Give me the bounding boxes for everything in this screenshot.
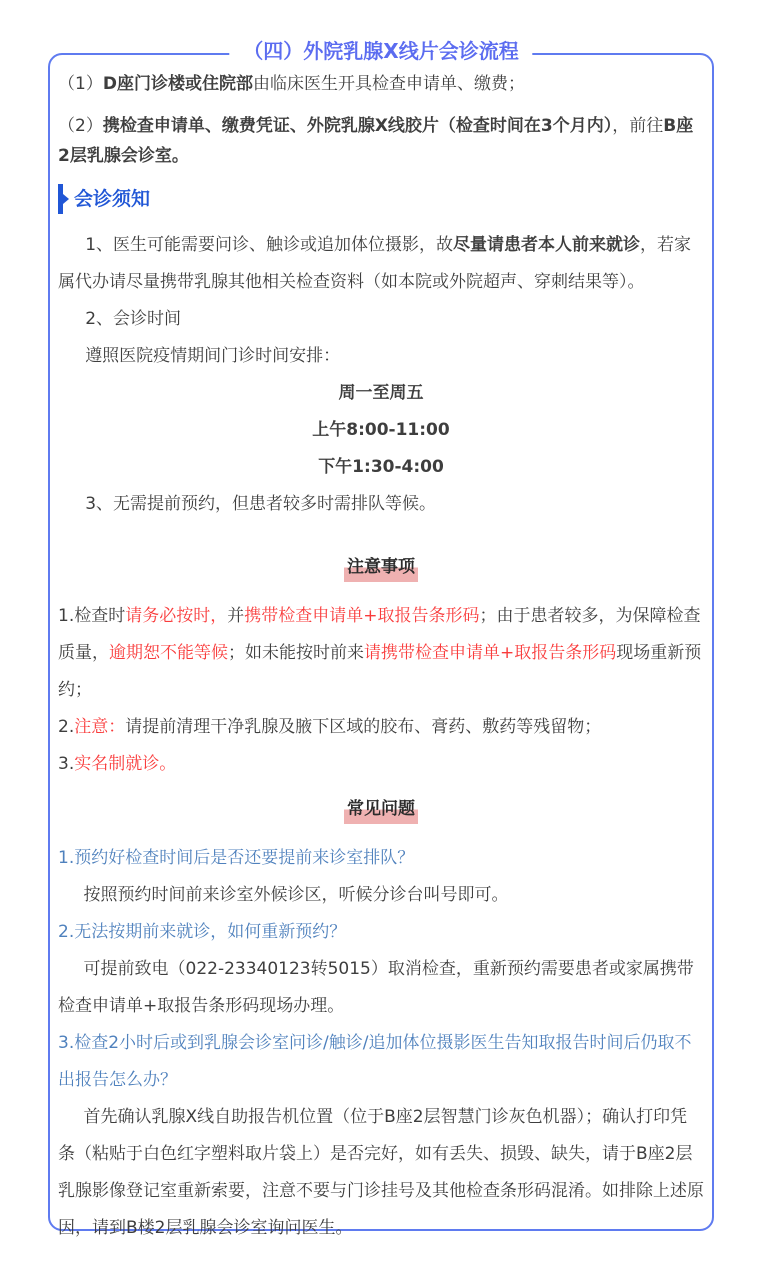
caution-2-number: 2.	[58, 717, 74, 737]
notice-item-1-text: 1、医生可能需要问诊、触诊或追加体位摄影，故	[85, 235, 453, 255]
faq-question-2: 2.无法按期前来就诊，如何重新预约？	[58, 914, 704, 951]
step-1-text: 由临床医生开具检查申请单、缴费；	[253, 74, 525, 94]
notice-item-1: 1、医生可能需要问诊、触诊或追加体位摄影，故尽量请患者本人前来就诊，若家属代办请…	[58, 227, 704, 301]
faq-answer-3: 首先确认乳腺X线自助报告机位置（位于B座2层智慧门诊灰色机器）；确认打印凭条（粘…	[58, 1099, 704, 1247]
caution-1-alert: 逾期恕不能等候	[109, 643, 228, 663]
step-2-text: ，前往	[612, 116, 663, 136]
caution-1-text: ；如未能按时前来	[228, 643, 364, 663]
caution-item-2: 2.注意：请提前清理干净乳腺及腋下区域的胶布、膏药、敷药等残留物；	[58, 709, 704, 746]
schedule-morning: 上午8:00-11:00	[58, 412, 704, 449]
caution-2-text: 请提前清理干净乳腺及腋下区域的胶布、膏药、敷药等残留物；	[125, 717, 601, 737]
flow-steps: （1）D座门诊楼或住院部由临床医生开具检查申请单、缴费； （2）携检查申请单、缴…	[58, 69, 704, 171]
faq-header: 常见问题	[58, 791, 704, 828]
step-1-bold: D座门诊楼或住院部	[103, 74, 253, 94]
schedule-afternoon: 下午1:30-4:00	[58, 449, 704, 486]
step-number: （2）	[58, 116, 103, 136]
flow-step-1: （1）D座门诊楼或住院部由临床医生开具检查申请单、缴费；	[58, 69, 704, 99]
faq-answer-2: 可提前致电（022-23340123转5015）取消检查，重新预约需要患者或家属…	[58, 951, 704, 1025]
notice-item-2: 2、会诊时间	[58, 301, 704, 338]
flow-step-2: （2）携检查申请单、缴费凭证、外院乳腺X线胶片（检查时间在3个月内），前往B座2…	[58, 111, 704, 171]
faq-question-3: 3.检查2小时后或到乳腺会诊室问诊/触诊/追加体位摄影医生告知取报告时间后仍取不…	[58, 1025, 704, 1099]
notice-heading: 会诊须知	[74, 181, 150, 218]
caution-item-1: 1.检查时请务必按时，并携带检查申请单+取报告条形码；由于患者较多，为保障检查质…	[58, 598, 704, 709]
step-number: （1）	[58, 74, 103, 94]
caution-3-alert: 实名制就诊。	[74, 754, 176, 774]
step-2-bold: 携检查申请单、缴费凭证、外院乳腺X线胶片（检查时间在3个月内）	[103, 116, 612, 136]
caution-3-number: 3.	[58, 754, 74, 774]
caution-item-3: 3.实名制就诊。	[58, 746, 704, 783]
faq-question-1: 1.预约好检查时间后是否还要提前来诊室排队？	[58, 840, 704, 877]
notice-item-1-bold: 尽量请患者本人前来就诊	[453, 235, 640, 255]
notice-item-3: 3、无需提前预约，但患者较多时需排队等候。	[58, 486, 704, 523]
cautions-header: 注意事项	[58, 549, 704, 586]
document-content: （1）D座门诊楼或住院部由临床医生开具检查申请单、缴费； （2）携检查申请单、缴…	[50, 55, 712, 1247]
faq-heading: 常见问题	[344, 799, 418, 824]
schedule-days: 周一至周五	[58, 375, 704, 412]
section-marker-icon	[58, 184, 63, 214]
caution-1-alert: 请务必按时，	[125, 606, 227, 626]
caution-1-text: 并	[227, 606, 244, 626]
caution-1-alert: 携带检查申请单+取报告条形码	[244, 606, 479, 626]
document-frame: （四）外院乳腺X线片会诊流程 （1）D座门诊楼或住院部由临床医生开具检查申请单、…	[48, 53, 714, 1231]
notice-section-header: 会诊须知	[58, 183, 704, 215]
caution-1-text: 1.检查时	[58, 606, 125, 626]
cautions-heading: 注意事项	[344, 557, 418, 582]
caution-1-alert: 请携带检查申请单+取报告条形码	[364, 643, 616, 663]
page-title: （四）外院乳腺X线片会诊流程	[229, 39, 532, 63]
schedule-intro: 遵照医院疫情期间门诊时间安排：	[58, 338, 704, 375]
faq-answer-1: 按照预约时间前来诊室外候诊区，听候分诊台叫号即可。	[58, 877, 704, 914]
caution-2-alert: 注意：	[74, 717, 125, 737]
